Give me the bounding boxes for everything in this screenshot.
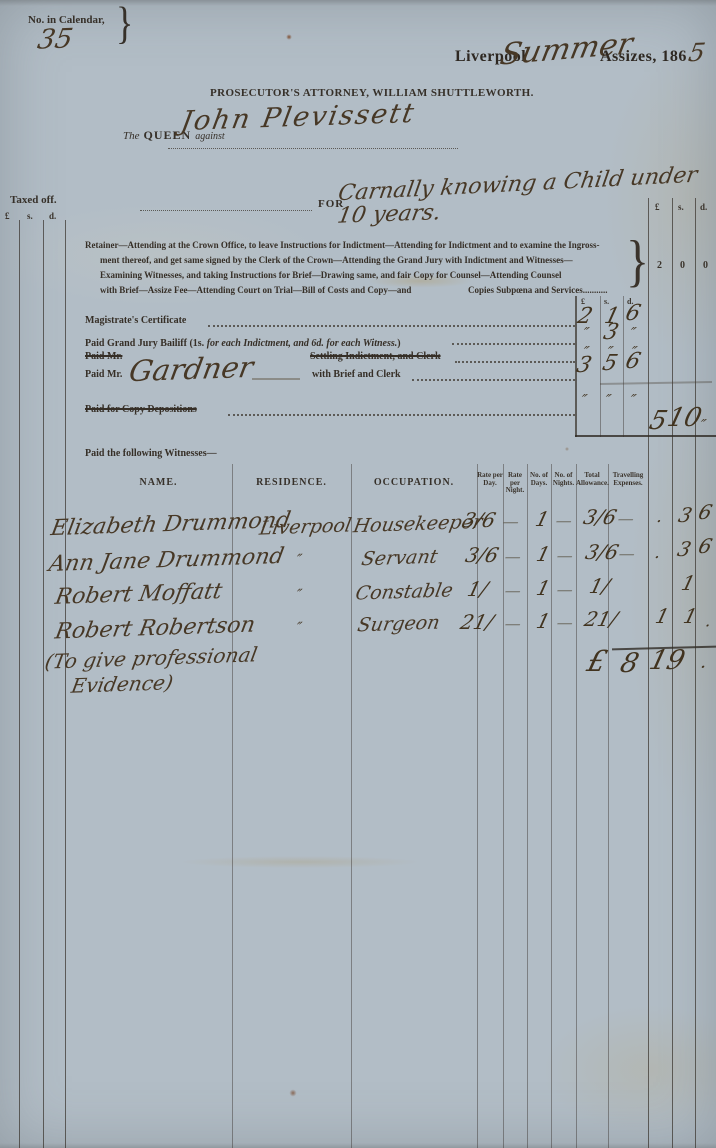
witness-rule-nights (576, 464, 577, 1148)
witness-1-pence: 6 (696, 500, 715, 524)
grand-total-pounds: 8 (617, 648, 642, 679)
witness-2-nights: — (555, 546, 576, 565)
charge-leader-3 (455, 361, 575, 363)
witness-2-pence: 6 (696, 534, 715, 558)
witness-3-rate-day: 1/ (465, 577, 490, 601)
right-shillings-header: s. (678, 202, 684, 212)
calendar-brace: } (116, 0, 133, 49)
witness-rule-days (551, 464, 552, 1148)
no-in-calendar-value: 35 (35, 23, 75, 55)
charge-row-magistrate: Magistrate's Certificate (85, 315, 186, 326)
witness-1-rate-day: 3/6 (460, 508, 498, 532)
witness-col-travelling-expenses: Travelling Expenses. (608, 472, 648, 487)
retainer-line-3: Examining Witnesses, and taking Instruct… (100, 270, 561, 280)
witness-4-shillings: 1 (681, 604, 700, 628)
witness-4-rate-day: 21/ (458, 610, 496, 634)
taxed-off-pounds-header: £ (5, 211, 10, 221)
scanned-legal-document: No. in Calendar, 35 } Liverpool Summer A… (0, 0, 716, 1148)
retainer-amount-pence: 0 (703, 260, 708, 271)
witness-1-nights: — (554, 511, 575, 530)
witness-col-rate-day: Rate per Day. (477, 472, 503, 487)
counsel-name-handwritten: Gardner (127, 350, 256, 388)
charge-leader-4 (412, 379, 575, 381)
witness-3-occupation: Constable (354, 579, 455, 604)
assizes-year-handwritten: 5 (686, 38, 707, 68)
witness-4-days: 1 (534, 609, 553, 633)
witness-1-days: 1 (533, 507, 552, 531)
queen-prefix: The (123, 130, 140, 142)
charge-1-pence: 6 (623, 301, 643, 326)
charge-row-with-brief-label: with Brief and Clerk (312, 369, 401, 380)
witness-1-pounds: · (654, 512, 664, 532)
retainer-line-4b: Copies Subpœna and Services........... (468, 285, 608, 295)
witness-1-allowance: 3/6 (581, 505, 619, 529)
witness-col-no-nights: No. of Nights. (551, 472, 576, 487)
witness-1-name: Elizabeth Drummond (49, 508, 293, 541)
charge-handwritten-line2: 10 years. (335, 200, 442, 229)
witness-2-pounds: · (652, 548, 662, 568)
witness-col-rate-night: Rate per Night. (503, 472, 527, 495)
counsel-dash (252, 378, 300, 380)
charge-leader-1 (208, 325, 575, 327)
witness-3-rate-night: — (503, 581, 524, 600)
witness-note-line1: (To give professional (43, 642, 259, 673)
charge-leader-5 (228, 414, 575, 416)
subtable-rule-mid1 (600, 296, 601, 437)
charge-row-depositions-struck: Paid for Copy Depositions (85, 404, 197, 415)
charge-2-pence: ″ (628, 324, 638, 342)
charge-5-shillings: ″ (603, 391, 613, 409)
retainer-line-2: ment thereof, and get same signed by the… (100, 255, 573, 265)
witness-4-nights: — (555, 613, 576, 632)
charge-4-pounds: 3 (574, 353, 594, 378)
grand-total-shillings: 19 (646, 645, 688, 676)
witness-col-residence: RESIDENCE. (232, 477, 351, 488)
witness-3-days: 1 (534, 576, 553, 600)
witness-2-allowance: 3/6 (583, 540, 621, 564)
witness-1-rate-night: — (501, 512, 522, 531)
charge-leader-2 (452, 343, 575, 345)
witness-rule-rateday (503, 464, 504, 1148)
taxed-off-rule-1 (19, 220, 20, 1148)
charge-4-shillings: 5 (600, 351, 620, 376)
grand-jury-label-post: ) (397, 338, 400, 349)
charge-handwritten-line1: Carnally knowing a Child under (336, 163, 699, 207)
charge-5-pounds: ″ (579, 391, 589, 409)
taxed-off-pence-header: d. (49, 211, 56, 221)
grand-total-symbol: £ (584, 644, 611, 678)
witness-4-name: Robert Robertson (53, 613, 257, 645)
witness-4-rate-night: — (503, 614, 524, 633)
witness-col-total-allowance: Total Allowance. (576, 472, 608, 487)
grand-jury-label-pre: Paid Grand Jury Bailiff (1s. (85, 338, 207, 349)
witness-2-occupation: Servant (360, 546, 440, 571)
prosecutor-attorney-line: PROSECUTOR'S ATTORNEY, WILLIAM SHUTTLEWO… (210, 87, 534, 99)
grand-jury-label-italic: for each Indictment, and 6d. for each Wi… (207, 338, 398, 349)
taxed-off-label: Taxed off. (10, 194, 57, 206)
money-col-rule-pence (695, 198, 696, 1148)
retainer-amount-shillings: 0 (680, 260, 685, 271)
taxed-off-rule-2 (43, 220, 44, 1148)
retainer-amount-pounds: 2 (657, 260, 662, 271)
charge-row-paid-mr-struck: Paid Mr. (85, 351, 122, 362)
witness-2-rate-night: — (503, 547, 524, 566)
witness-4-allowance: 21/ (582, 607, 620, 631)
witness-2-expenses: — (617, 544, 638, 563)
witness-4-occupation: Surgeon (356, 612, 442, 637)
witness-1-expenses: — (616, 509, 637, 528)
defendant-name: John Plevissett (178, 98, 418, 137)
charge-5-pence: ″ (628, 391, 638, 409)
witness-note-line2: Evidence) (70, 670, 176, 697)
taxed-off-rule-3 (65, 220, 66, 1148)
retainer-brace: } (626, 229, 649, 295)
witness-2-rate-day: 3/6 (463, 543, 501, 567)
witness-3-nights: — (555, 580, 576, 599)
witness-2-shillings: 3 (675, 537, 694, 561)
witness-2-days: 1 (534, 542, 553, 566)
witness-col-name: NAME. (85, 477, 232, 488)
defendant-underline (168, 148, 458, 149)
taxed-off-shillings-header: s. (27, 211, 33, 221)
charge-row-settling-struck: Settling Indictment, and Clerk (310, 351, 441, 362)
witness-3-residence: ″ (294, 587, 303, 603)
witness-rule-ratenight (527, 464, 528, 1148)
for-line-leader (140, 210, 312, 211)
witness-rule-residence (351, 464, 352, 1148)
witness-4-residence: ″ (294, 620, 303, 636)
witness-4-pence: · (703, 616, 713, 635)
grand-total-pence: · (697, 657, 708, 678)
witness-rule-allowance (608, 464, 609, 1148)
retainer-line-4a: with Brief—Assize Fee—Attending Court on… (100, 285, 411, 295)
charge-row-grand-jury: Paid Grand Jury Bailiff (1s. for each In… (85, 333, 401, 351)
witness-col-no-days: No. of Days. (527, 472, 551, 487)
witness-1-residence: Liverpool (258, 514, 353, 539)
witness-2-residence: ″ (294, 552, 303, 568)
charge-4-pence: 6 (623, 349, 643, 374)
retainer-line-1: Retainer—Attending at the Crown Office, … (85, 240, 600, 250)
right-pounds-header: £ (655, 202, 660, 212)
witness-4-pounds: 1 (653, 604, 672, 628)
charge-row-paid-mr-label: Paid Mr. (85, 369, 122, 380)
witness-1-shillings: 3 (676, 503, 695, 527)
witnesses-intro: Paid the following Witnesses— (85, 448, 217, 459)
witness-2-name: Ann Jane Drummond (47, 544, 286, 577)
witness-col-occupation: OCCUPATION. (351, 477, 477, 488)
right-pence-header: d. (700, 202, 707, 212)
assizes-printed: Assizes, 186 (600, 48, 687, 66)
witness-3-name: Robert Moffatt (53, 579, 224, 610)
